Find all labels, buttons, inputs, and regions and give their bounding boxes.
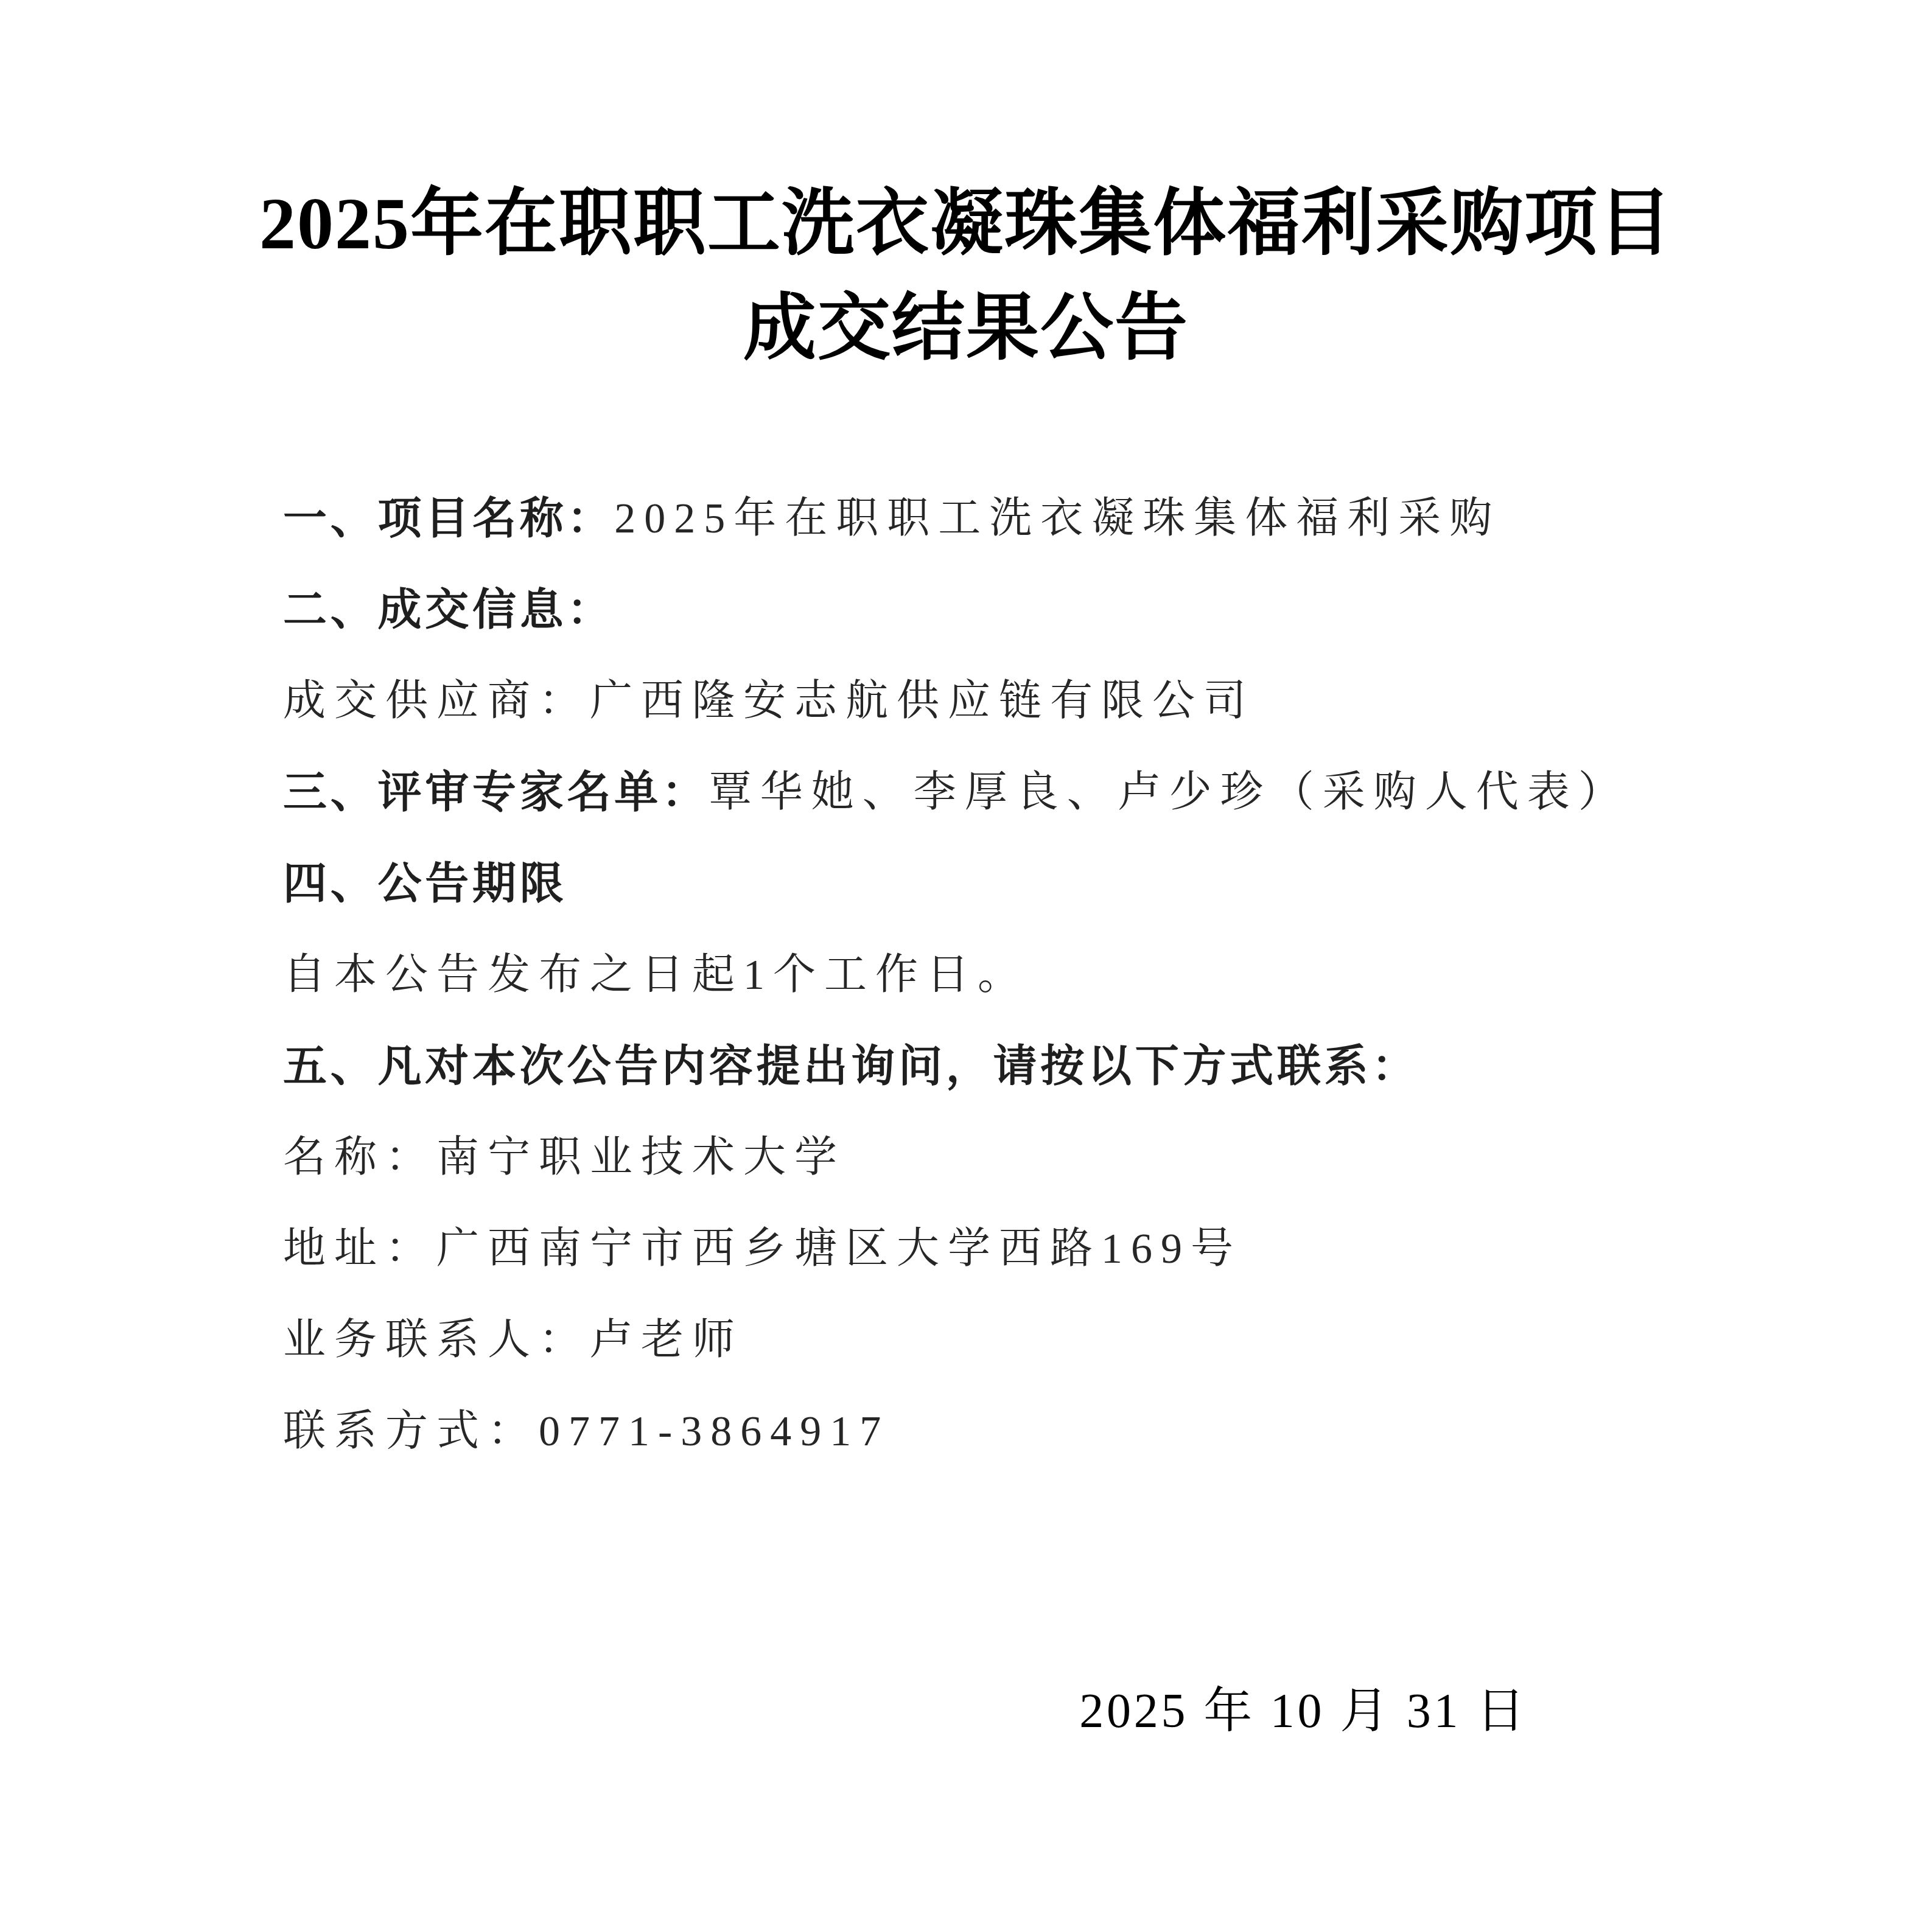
page-title-line1: 2025年在职职工洗衣凝珠集体福利采购项目 [0, 172, 1932, 276]
project-name-value: 2025年在职职工洗衣凝珠集体福利采购 [614, 484, 1500, 545]
line-announcement-period-value: 自本公告发布之日起1个工作日。 [283, 925, 1749, 1016]
line-supplier: 成交供应商：广西隆安志航供应链有限公司 [283, 651, 1749, 742]
contact-name-value: 名称：南宁职业技术大学 [283, 1123, 845, 1184]
contact-address-value: 地址：广西南宁市西乡塘区大学西路169号 [283, 1214, 1242, 1276]
line-contact-heading: 五、凡对本次公告内容提出询问，请按以下方式联系： [283, 1016, 1749, 1108]
page-title-line2: 成交结果公告 [0, 276, 1932, 381]
contact-person-value: 业务联系人：卢老师 [283, 1305, 743, 1367]
line-deal-info-heading: 二、成交信息： [283, 560, 1749, 651]
deal-info-heading: 二、成交信息： [283, 574, 614, 637]
line-contact-person: 业务联系人：卢老师 [283, 1290, 1749, 1381]
line-contact-phone: 联系方式：0771-3864917 [283, 1381, 1749, 1473]
project-name-label: 一、项目名称： [283, 483, 614, 546]
line-contact-address: 地址：广西南宁市西乡塘区大学西路169号 [283, 1199, 1749, 1290]
line-contact-name: 名称：南宁职业技术大学 [283, 1108, 1749, 1199]
document-date: 2025 年 10 月 31 日 [0, 1666, 1528, 1757]
announcement-document: 2025年在职职工洗衣凝珠集体福利采购项目 成交结果公告 一、项目名称： 202… [0, 0, 1932, 1909]
document-body: 一、项目名称： 2025年在职职工洗衣凝珠集体福利采购 二、成交信息： 成交供应… [283, 469, 1749, 1473]
contact-phone-value: 联系方式：0771-3864917 [283, 1397, 889, 1458]
line-announcement-period-heading: 四、公告期限 [283, 834, 1749, 925]
page-title: 2025年在职职工洗衣凝珠集体福利采购项目 成交结果公告 [0, 172, 1932, 381]
expert-list-label: 三、评审专家名单： [283, 756, 709, 820]
contact-heading: 五、凡对本次公告内容提出询问，请按以下方式联系： [283, 1030, 1419, 1094]
line-expert-list: 三、评审专家名单： 覃华她、李厚良、卢少珍（采购人代表） [283, 742, 1749, 834]
line-project-name: 一、项目名称： 2025年在职职工洗衣凝珠集体福利采购 [283, 469, 1749, 560]
expert-list-value: 覃华她、李厚良、卢少珍（采购人代表） [709, 758, 1629, 819]
announcement-period-heading: 四、公告期限 [283, 848, 567, 911]
supplier-value: 成交供应商：广西隆安志航供应链有限公司 [283, 666, 1255, 728]
announcement-period-value: 自本公告发布之日起1个工作日。 [283, 940, 1029, 1002]
